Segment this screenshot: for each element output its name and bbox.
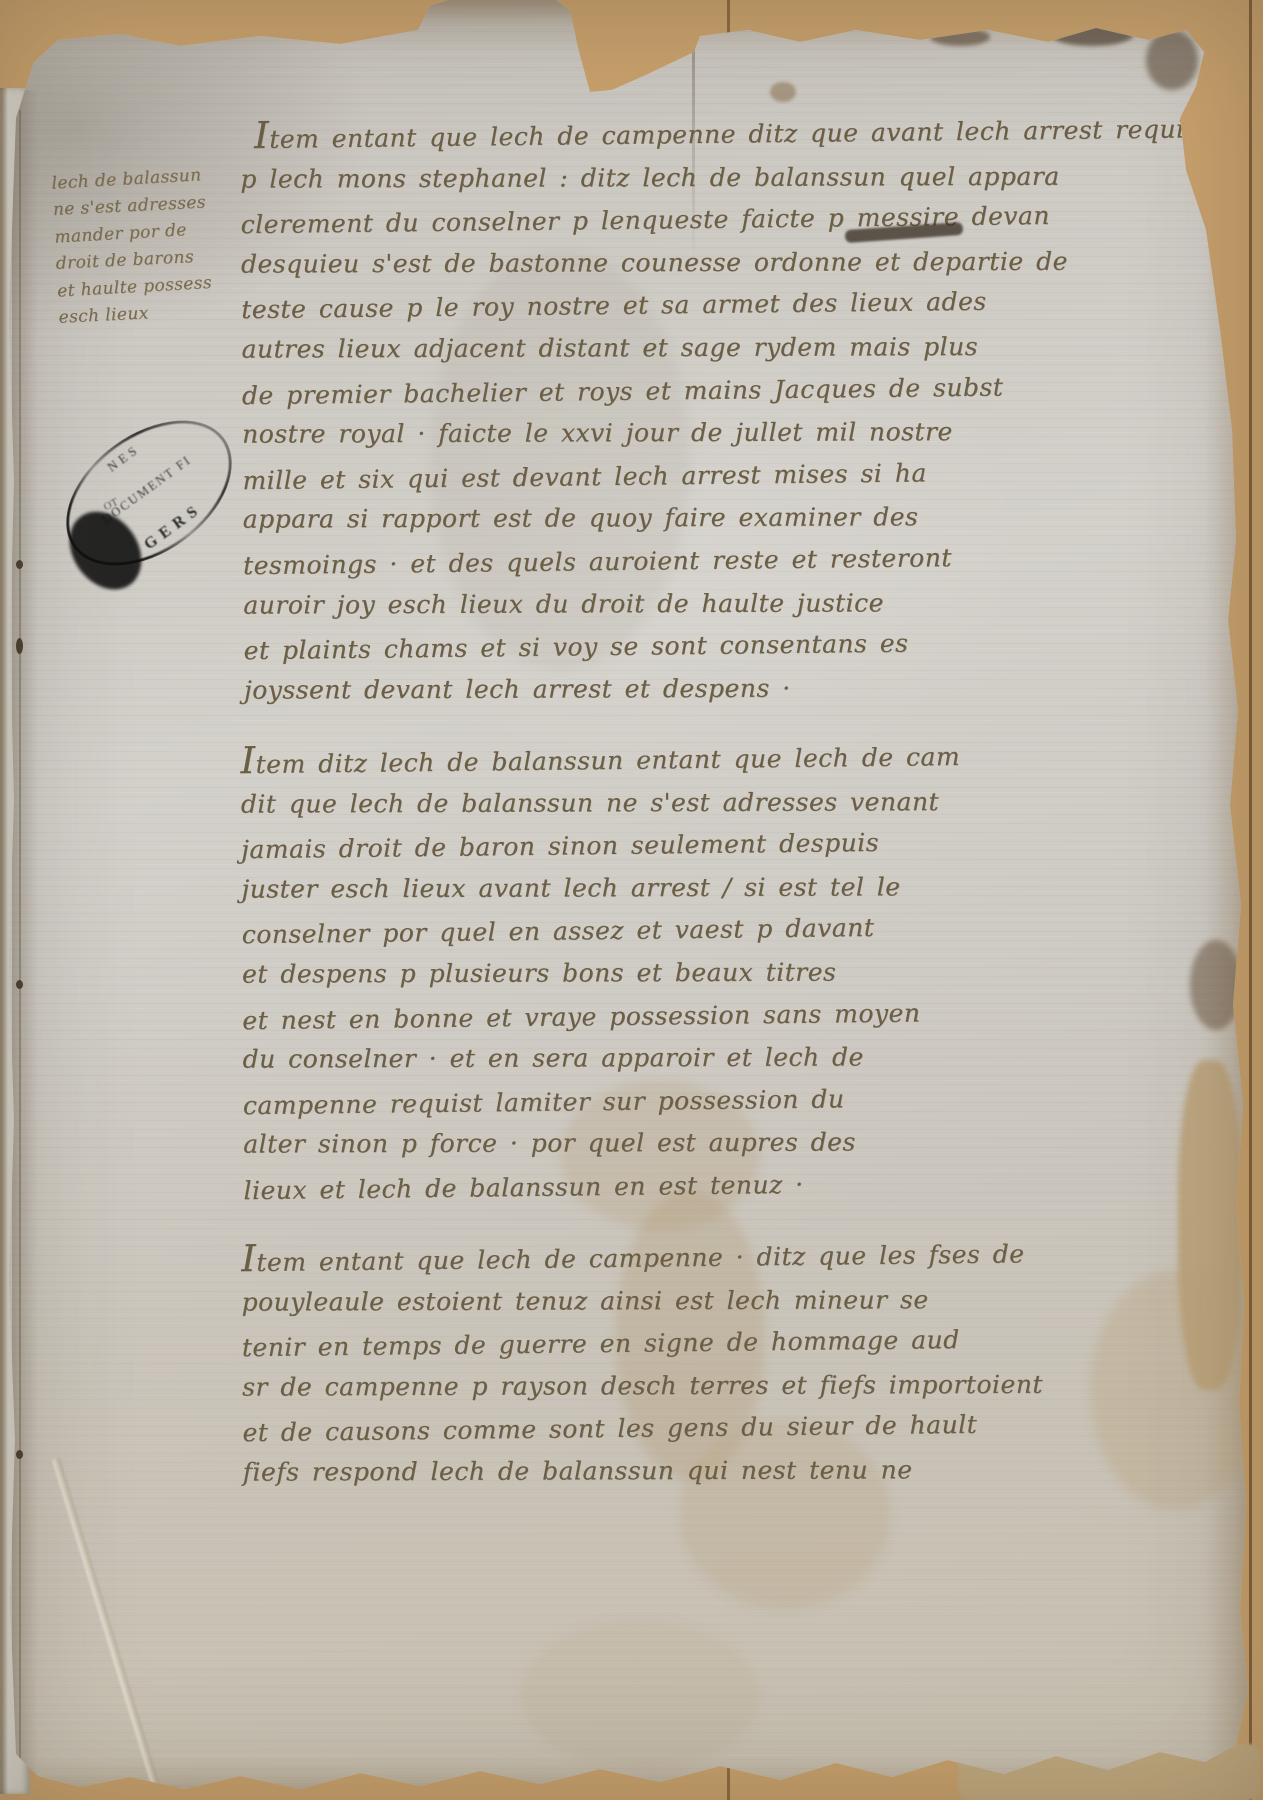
handwritten-line: et despens p plusieurs bons et beaux tit…	[242, 951, 1154, 997]
water-stain	[520, 1620, 760, 1770]
handwritten-line: et plaints chams et si voy se sont conse…	[243, 620, 1155, 673]
paragraph-3: Item entant que lech de campenne · ditz …	[241, 1232, 1155, 1496]
handwritten-line: dit que lech de balanssun ne s'est adres…	[241, 780, 1153, 826]
handwritten-line: joyssent devant lech arrest et despens ·	[244, 666, 1156, 712]
handwritten-line: pouyleaule estoient tenuz ainsi est lech…	[241, 1278, 1153, 1324]
paragraph-1: Item entant que lech de campenne ditz qu…	[240, 109, 1156, 714]
left-fold-shading	[12, 90, 38, 1800]
handwritten-line: Item entant que lech de campenne · ditz …	[241, 1230, 1153, 1285]
handwritten-line: appara si rapport est de quoy faire exam…	[243, 496, 1155, 542]
handwritten-line: jamais droit de baron sinon seulement de…	[241, 819, 1153, 872]
main-text-block: Item entant que lech de campenne ditz qu…	[242, 112, 1154, 1492]
handwritten-line: alter sinon p force · por quel est aupre…	[243, 1121, 1155, 1167]
handwritten-line: teste cause p le roy nostre et sa armet …	[241, 279, 1153, 332]
edge-stain	[1146, 30, 1198, 90]
handwritten-line: Item ditz lech de balanssun entant que l…	[240, 732, 1152, 787]
sewing-thread	[16, 638, 23, 654]
handwritten-line: de premier bachelier et roys et mains Ja…	[242, 364, 1154, 417]
handwritten-line: lieux et lech de balanssun en est tenuz …	[243, 1160, 1155, 1213]
handwritten-line: fiefs respond lech de balanssun qui nest…	[243, 1448, 1155, 1494]
handwritten-line: autres lieux adjacent distant et sage ry…	[241, 325, 1153, 371]
handwritten-line: conselner por quel en assez et vaest p d…	[241, 905, 1153, 958]
handwritten-line: clerement du conselner p lenqueste faict…	[240, 194, 1152, 247]
handwritten-line: p lech mons stephanel : ditz lech de bal…	[240, 155, 1152, 201]
sewing-hole	[16, 1450, 23, 1459]
handwritten-line: du conselner · et en sera apparoir et le…	[243, 1036, 1155, 1082]
handwritten-line: tesmoings · et des quels auroient reste …	[243, 535, 1155, 588]
archive-stamp: NES OT DOCUMENT FI GERS	[39, 391, 259, 596]
margin-annotation: lech de balassunne s'est adressesmander …	[51, 160, 259, 332]
handwritten-line: et nest en bonne et vraye possession san…	[242, 990, 1154, 1043]
handwritten-line: sr de campenne p rayson desch terres et …	[242, 1363, 1154, 1409]
binding-gutter-fold	[19, 110, 21, 1765]
fox-spot	[770, 82, 796, 102]
corner-crease	[52, 1458, 162, 1795]
handwritten-line: auroir joy esch lieux du droit de haulte…	[243, 581, 1155, 627]
handwritten-line: Item entant que lech de campenne ditz qu…	[240, 107, 1152, 162]
handwritten-line: tenir en temps de guerre en signe de hom…	[242, 1317, 1154, 1370]
handwritten-line: desquieu s'est de bastonne counesse ordo…	[241, 240, 1153, 286]
paragraph-2: Item ditz lech de balanssun entant que l…	[240, 734, 1155, 1211]
handwritten-line: mille et six qui est devant lech arrest …	[242, 450, 1154, 503]
handwritten-line: nostre royal · faicte le xxvi jour de ju…	[242, 411, 1154, 457]
sewing-hole	[16, 560, 23, 569]
handwritten-line: campenne requist lamiter sur possession …	[243, 1075, 1155, 1128]
sewing-hole	[16, 980, 23, 989]
handwritten-line: et de causons comme sont les gens du sie…	[242, 1402, 1154, 1455]
wood-plank-seam	[1249, 0, 1252, 1800]
manuscript-page: lech de balassunne s'est adressesmander …	[0, 0, 1263, 1800]
photograph-canvas: lech de balassunne s'est adressesmander …	[0, 0, 1263, 1800]
